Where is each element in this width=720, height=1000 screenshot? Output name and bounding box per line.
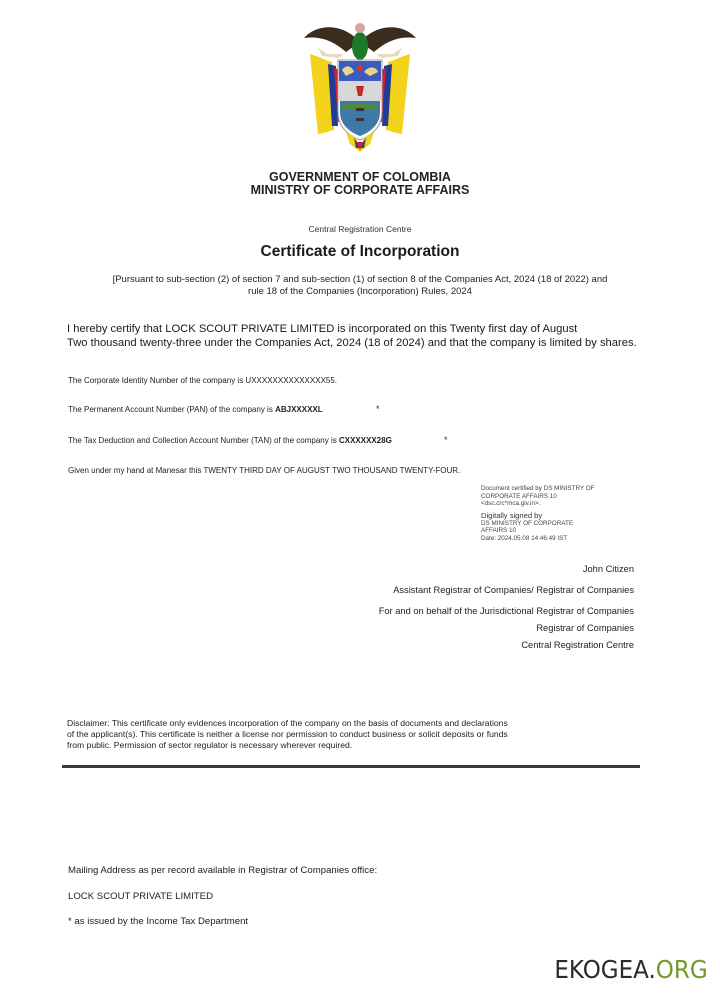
mailing-company-name: LOCK SCOUT PRIVATE LIMITED [68, 891, 213, 902]
tan-statement: The Tax Deduction and Collection Account… [68, 436, 392, 445]
pan-value: ABJXXXXXL [275, 405, 323, 414]
tan-label: The Tax Deduction and Collection Account… [68, 436, 339, 445]
watermark-part-1: EKOGEA. [555, 955, 656, 984]
disclaimer-line-3: from public. Permission of sector regula… [67, 740, 587, 751]
pan-asterisk: * [376, 404, 380, 414]
signatory-block: John Citizen Assistant Registrar of Comp… [379, 564, 634, 650]
certificate-title: Certificate of Incorporation [0, 243, 720, 261]
disclaimer-line-2: of the applicant(s). This certificate is… [67, 729, 587, 740]
ds-signed-date: Date: 2024.05.08 14:46:49 IST [481, 535, 631, 543]
pursuant-clause: [Pursuant to sub-section (2) of section … [0, 274, 720, 298]
ds-certified-line-2: CORPORATE AFFAIRS 10 [481, 493, 631, 501]
cin-statement: The Corporate Identity Number of the com… [68, 376, 337, 385]
colombia-coat-of-arms-icon [298, 14, 422, 154]
registration-centre-label: Central Registration Centre [0, 224, 720, 234]
certification-statement: I hereby certify that LOCK SCOUT PRIVATE… [67, 322, 637, 350]
ds-certified-line-3: <dsc.crc*mca.giv.in>. [481, 500, 631, 508]
certification-line-1: I hereby certify that LOCK SCOUT PRIVATE… [67, 322, 637, 336]
digital-signature-block: Document certified by DS MINISTRY OF COR… [481, 485, 631, 542]
ds-certified-line-1: Document certified by DS MINISTRY OF [481, 485, 631, 493]
ds-signed-line-1: DS MINISTRY OF CORPORATE [481, 520, 631, 528]
certification-line-2: Two thousand twenty-three under the Comp… [67, 336, 637, 350]
tan-value: CXXXXXX28G [339, 436, 392, 445]
pan-label: The Permanent Account Number (PAN) of th… [68, 405, 275, 414]
pan-statement: The Permanent Account Number (PAN) of th… [68, 405, 323, 414]
signatory-role: Assistant Registrar of Companies/ Regist… [379, 585, 634, 606]
ministry-name: MINISTRY OF CORPORATE AFFAIRS [0, 184, 720, 197]
ekogea-watermark-logo: EKOGEA.ORG [555, 955, 708, 984]
government-heading: GOVERNMENT OF COLOMBIA MINISTRY OF CORPO… [0, 171, 720, 197]
mailing-address-label: Mailing Address as per record available … [68, 865, 377, 876]
signatory-name: John Citizen [379, 564, 634, 583]
horizontal-divider [62, 765, 640, 768]
pursuant-line-2: rule 18 of the Companies (Incorporation)… [0, 286, 720, 298]
ds-signed-line-2: AFFAIRS 10 [481, 527, 631, 535]
signatory-registrar: Registrar of Companies [379, 623, 634, 640]
signatory-centre: Central Registration Centre [379, 640, 634, 650]
watermark-part-2: ORG [656, 955, 708, 984]
given-under-hand-statement: Given under my hand at Manesar this TWEN… [68, 466, 460, 475]
signatory-behalf: For and on behalf of the Jurisdictional … [379, 606, 634, 623]
tan-asterisk: * [444, 435, 448, 445]
disclaimer-line-1: Disclaimer: This certificate only eviden… [67, 718, 587, 729]
ds-signed-heading: Digitally signed by [481, 512, 631, 520]
pursuant-line-1: [Pursuant to sub-section (2) of section … [0, 274, 720, 286]
tax-department-note: * as issued by the Income Tax Department [68, 916, 248, 927]
disclaimer: Disclaimer: This certificate only eviden… [67, 718, 587, 751]
